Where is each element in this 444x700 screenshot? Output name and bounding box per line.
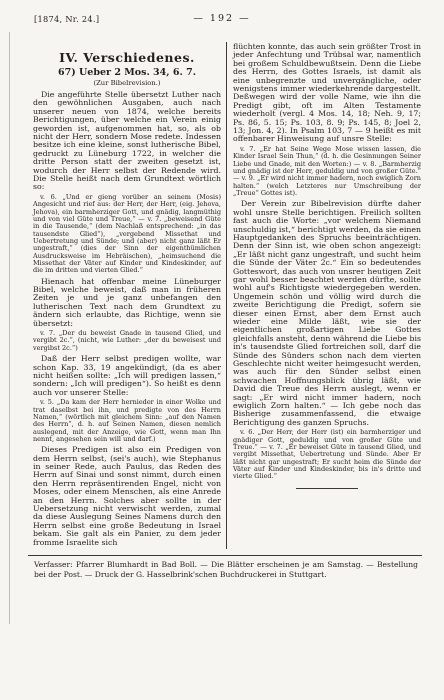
paragraph-continuation: flüchten konnte, das auch sein größter T… [233,43,421,144]
right-column: flüchten konnte, das auch sein größter T… [227,40,421,549]
verse-note: v. 6. „Und er gieng vorüber an seinem (M… [33,194,221,275]
paragraph: Der Verein zur Bibelrevision dürfte dahe… [233,200,421,427]
verse-note: v. 6. „Der Herr, der Herr (ist) ein barm… [233,429,421,480]
verse-note: v. 5. „Da kam der Herr hernieder in eine… [33,399,221,443]
left-column: IV. Verschiedenes. 67) Ueber 2 Mos. 34, … [33,40,226,549]
paragraph: Hienach hat offenbar meine Lüneburger Bi… [33,278,221,328]
scanned-journal-page: [1874, Nr. 24.] — 192 — IV. Verschiedene… [0,0,444,700]
article-title: 67) Ueber 2 Mos. 34, 6. 7. [33,67,221,78]
imprint-line: Verfasser: Pfarrer Blumhardt in Bad Boll… [34,560,418,579]
article-subtitle: (Zur Bibelrevision.) [33,79,221,87]
paragraph: Dieses Predigen ist also ein Predigen vo… [33,446,221,547]
footer-rule [28,555,422,556]
section-title: IV. Verschiedenes. [33,50,221,65]
paragraph: Daß der Herr selbst predigen wollte, war… [33,355,221,397]
paragraph: Die angeführte Stelle übersetzt Luther n… [33,91,221,192]
page-header: [1874, Nr. 24.] — 192 — [0,0,444,32]
page-number: — 192 — [0,13,444,24]
verse-note: v. 7. „Der du beweist Gnade in tausend G… [33,330,221,352]
scan-edge-line [9,32,10,624]
verse-note: v. 7. „Er hat Seine Wege Mose wissen las… [233,146,421,197]
article-end-rule [296,488,358,489]
two-column-body: IV. Verschiedenes. 67) Ueber 2 Mos. 34, … [33,40,425,549]
